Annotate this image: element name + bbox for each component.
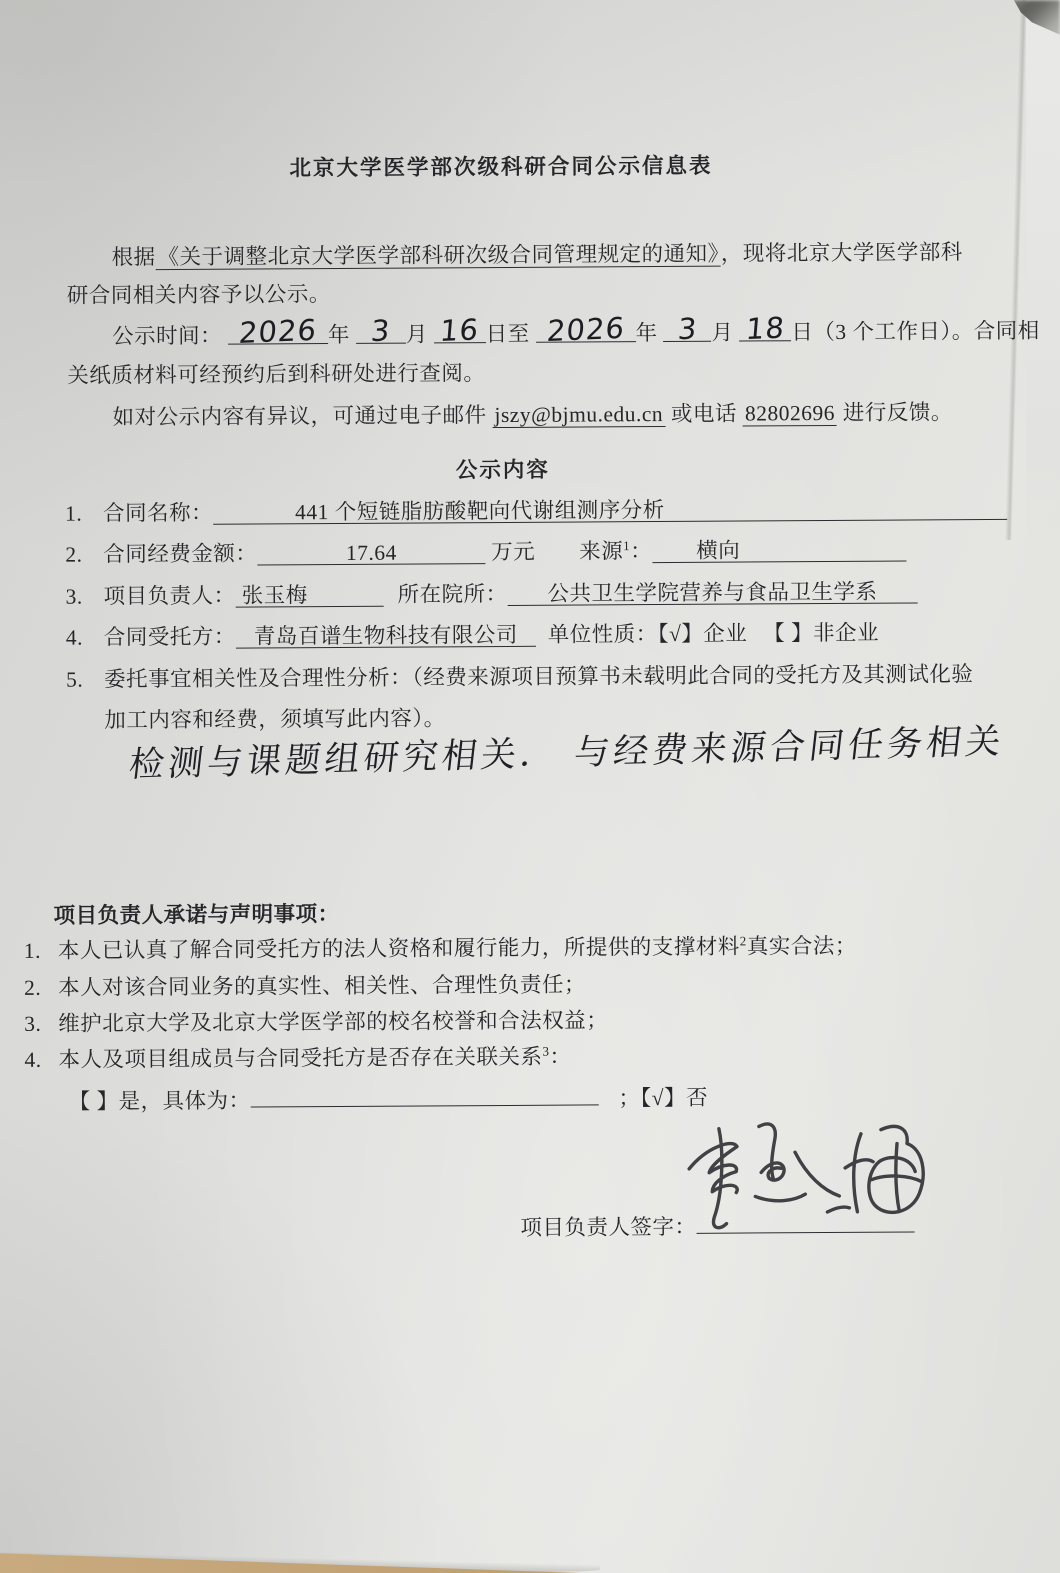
- month-unit-2: 月: [711, 321, 733, 345]
- declaration-item-3: 3.维护北京大学及北京大学医学部的校名校誉和合法权益；: [24, 1005, 608, 1039]
- feedback-middle: 或电话: [665, 402, 743, 426]
- leader-blank: 张玉梅: [236, 580, 384, 608]
- nature-label: 单位性质：: [548, 622, 658, 647]
- photo-scene: 北京大学医学部次级科研合同公示信息表 根据《关于调整北京大学医学部科研次级合同管…: [0, 0, 1060, 1573]
- amount-unit: 万元: [491, 540, 535, 564]
- dept-label: 所在院所：: [397, 582, 507, 607]
- decl1-number: 1.: [24, 936, 58, 966]
- item1-number: 1.: [65, 498, 103, 528]
- end-month-handwritten: 3: [676, 313, 698, 344]
- decl4-number: 4.: [24, 1045, 58, 1075]
- item3-number: 3.: [66, 581, 104, 611]
- item5-number: 5.: [66, 664, 104, 694]
- item2-number: 2.: [65, 539, 103, 569]
- end-year-handwritten: 2026: [545, 313, 626, 346]
- contractor-blank: 青岛百谱生物科技有限公司: [236, 620, 536, 649]
- item1-label: 合同名称：: [103, 501, 213, 526]
- intro-line-2: 研合同相关内容予以公示。: [67, 279, 331, 311]
- dept-value: 公共卫生学院营养与食品卫生学系: [547, 580, 877, 606]
- start-month-blank: 3: [356, 317, 406, 344]
- start-year-handwritten: 2026: [238, 315, 319, 348]
- notice-title-underlined: 《关于调整北京大学医学部科研次级合同管理规定的通知》: [156, 242, 721, 270]
- feedback-prefix: 如对公示内容有异议，可通过电子邮件: [112, 403, 492, 429]
- feedback-line: 如对公示内容有异议，可通过电子邮件 jszy@bjmu.edu.cn 或电话 8…: [112, 397, 952, 432]
- decl3-number: 3.: [24, 1009, 58, 1039]
- feedback-email: jszy@bjmu.edu.cn: [492, 402, 665, 428]
- nature-option-enterprise: 【√】企业: [658, 622, 748, 647]
- end-year-blank: 2026: [535, 315, 635, 343]
- month-unit: 月: [406, 322, 428, 346]
- declaration-item-1: 1.本人已认真了解合同受托方的法人资格和履行能力，所提供的支撑材料2真实合法；: [24, 931, 857, 966]
- amount-blank: 17.64: [257, 537, 485, 565]
- item-analysis-line-1: 5.委托事宜相关性及合理性分析：（经费来源项目预算书未载明此合同的受托方及其测试…: [66, 659, 973, 695]
- signature-zhang-yumei-handwritten: [675, 1115, 932, 1243]
- related-party-answer-line: 【 】是，具体为： ；【√】否: [69, 1078, 709, 1117]
- end-day-blank: 18: [739, 314, 791, 341]
- end-day-handwritten: 18: [745, 313, 786, 345]
- amount-value: 17.64: [346, 541, 397, 565]
- item2-label: 合同经费金额：: [103, 541, 257, 566]
- source-value: 横向: [696, 539, 740, 563]
- decl4-text: 本人及项目组成员与合同受托方是否存在关联关系: [58, 1045, 542, 1072]
- feedback-suffix: 进行反馈。: [837, 400, 953, 425]
- dept-blank: 公共卫生学院营养与食品卫生学系: [507, 576, 917, 606]
- item-project-leader: 3.项目负责人：张玉梅 所在院所：公共卫生学院营养与食品卫生学系: [66, 576, 918, 611]
- item-contractor: 4.合同受托方：青岛百谱生物科技有限公司 单位性质：【√】企业 【 】非企业: [66, 618, 879, 653]
- contractor-name: 青岛百谱生物科技有限公司: [254, 623, 518, 649]
- yes-option: 【 】是，具体为：: [69, 1089, 251, 1114]
- nature-option-non-enterprise: 【 】非企业: [763, 621, 879, 646]
- decl1-tail: 真实合法；: [747, 934, 857, 959]
- intro-tail: ，现将北京大学医学部科: [721, 240, 963, 265]
- year-unit-2: 年: [636, 321, 658, 345]
- start-month-handwritten: 3: [370, 315, 392, 346]
- decl3-text: 维护北京大学及北京大学医学部的校名校誉和合法权益；: [58, 1008, 608, 1035]
- item1-value-blank: 441 个短链脂肪酸靶向代谢组测序分析: [213, 493, 1007, 525]
- period-label: 公示时间：: [112, 324, 222, 349]
- contract-name-value: 441 个短链脂肪酸靶向代谢组测序分析: [295, 498, 665, 524]
- item5-text-1: 委托事宜相关性及合理性分析：（经费来源项目预算书未载明此合同的受托方及其测试化验: [104, 662, 973, 691]
- background-surface: [1026, 0, 1060, 560]
- content-heading: 公示内容: [33, 452, 973, 488]
- signature-label: 项目负责人签字：: [520, 1215, 696, 1240]
- declaration-item-4: 4.本人及项目组成员与合同受托方是否存在关联关系3：: [24, 1042, 571, 1075]
- publicity-period-line-2: 关纸质材料可经预约后到科研处进行查阅。: [67, 358, 485, 391]
- day-unit: 日: [791, 320, 813, 344]
- item-contract-name: 1.合同名称：441 个短链脂肪酸靶向代谢组测序分析: [65, 493, 1007, 529]
- year-unit: 年: [328, 323, 350, 347]
- page-title: 北京大学医学部次级科研合同公示信息表: [31, 149, 971, 185]
- start-year-blank: 2026: [228, 317, 328, 345]
- source-colon: ：: [630, 539, 652, 563]
- source-blank: 横向: [652, 535, 906, 564]
- decl2-number: 2.: [24, 973, 58, 1003]
- intro-prefix: 根据: [111, 245, 155, 269]
- feedback-phone: 82802696: [743, 401, 837, 427]
- decl1-text: 本人已认真了解合同受托方的法人资格和履行能力，所提供的支撑材料: [58, 935, 740, 963]
- decl2-text: 本人对该合同业务的真实性、相关性、合理性负责任；: [58, 972, 586, 999]
- specifics-blank: [250, 1078, 598, 1107]
- item3-label: 项目负责人：: [104, 584, 236, 609]
- no-option-checked: ；【√】否: [618, 1086, 708, 1111]
- end-month-blank: 3: [663, 315, 711, 342]
- intro-line-1: 根据《关于调整北京大学医学部科研次级合同管理规定的通知》，现将北京大学医学部科: [111, 237, 962, 272]
- declaration-item-2: 2.本人对该合同业务的真实性、相关性、合理性负责任；: [24, 969, 586, 1002]
- day-to-unit: 日至: [486, 322, 530, 346]
- item4-label: 合同受托方：: [104, 625, 236, 650]
- item-contract-amount: 2.合同经费金额：17.64 万元 来源1：横向: [65, 535, 906, 570]
- period-tail: （3 个工作日）。合同相: [813, 319, 1040, 344]
- start-day-handwritten: 16: [439, 314, 480, 346]
- start-day-blank: 16: [434, 316, 486, 343]
- decl4-tail: ：: [549, 1045, 571, 1069]
- source-label: 来源: [579, 539, 623, 563]
- declaration-heading: 项目负责人承诺与声明事项：: [53, 899, 339, 931]
- item4-number: 4.: [66, 622, 104, 652]
- publicity-period-line: 公示时间： 2026年 3月 16日至 2026年 3月 18日（3 个工作日）…: [112, 313, 1040, 352]
- leader-name: 张玉梅: [242, 583, 308, 607]
